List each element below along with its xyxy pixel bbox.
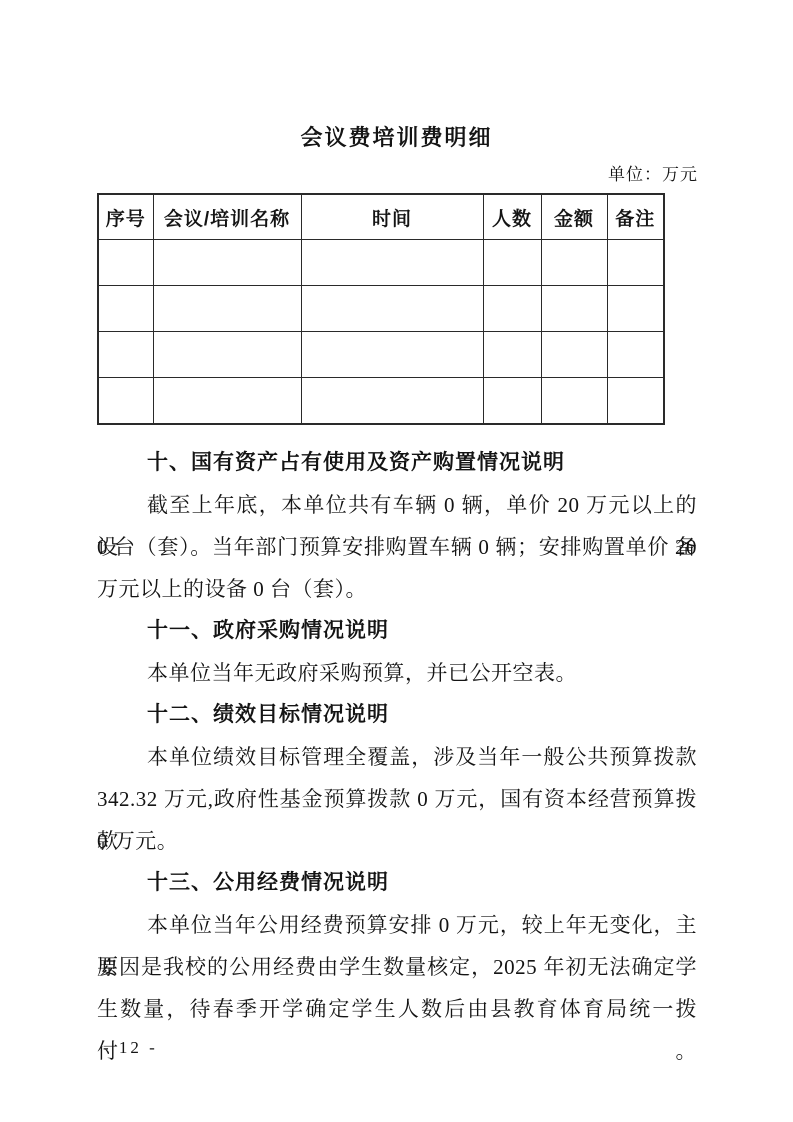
paragraph-line: 原因是我校的公用经费由学生数量核定，2025 年初无法确定学 — [97, 946, 697, 988]
document-body: 十、国有资产占有使用及资产购置情况说明 截至上年底，本单位共有车辆 0 辆，单价… — [97, 442, 697, 1030]
table-cell — [607, 240, 664, 286]
table-cell — [483, 240, 541, 286]
header-cell-people: 人数 — [483, 194, 541, 240]
table-cell — [153, 286, 301, 332]
paragraph-line: 万元以上的设备 0 台（套）。 — [97, 568, 697, 610]
table-cell — [541, 332, 607, 378]
table-row — [98, 240, 664, 286]
header-cell-name: 会议/培训名称 — [153, 194, 301, 240]
table-cell — [301, 332, 483, 378]
table-row — [98, 286, 664, 332]
document-page: 会议费培训费明细 单位：万元 序号 会议/培训名称 时间 人数 金额 备注 — [0, 0, 793, 1122]
table-row — [98, 378, 664, 425]
table-cell — [153, 332, 301, 378]
paragraph-line: 本单位绩效目标管理全覆盖，涉及当年一般公共预算拨款 — [97, 736, 697, 778]
section-heading-13: 十三、公用经费情况说明 — [97, 862, 697, 904]
header-cell-time: 时间 — [301, 194, 483, 240]
table-cell — [301, 240, 483, 286]
header-cell-serial: 序号 — [98, 194, 153, 240]
table-cell — [98, 240, 153, 286]
paragraph-line: 截至上年底，本单位共有车辆 0 辆，单价 20 万元以上的设备 — [97, 484, 697, 526]
table-cell — [607, 286, 664, 332]
header-cell-amount: 金额 — [541, 194, 607, 240]
table-cell — [98, 378, 153, 425]
table-cell — [153, 378, 301, 425]
table-cell — [98, 286, 153, 332]
table-cell — [607, 332, 664, 378]
paragraph-line: 本单位当年无政府采购预算，并已公开空表。 — [97, 652, 697, 694]
table-cell — [607, 378, 664, 425]
meeting-training-fee-table: 序号 会议/培训名称 时间 人数 金额 备注 — [97, 193, 665, 425]
section-heading-10: 十、国有资产占有使用及资产购置情况说明 — [97, 442, 697, 484]
section-heading-11: 十一、政府采购情况说明 — [97, 610, 697, 652]
paragraph-line: 生数量，待春季开学确定学生人数后由县教育体育局统一拨付。 — [97, 988, 697, 1030]
table-cell — [483, 332, 541, 378]
table-row — [98, 332, 664, 378]
table-cell — [98, 332, 153, 378]
table-cell — [301, 286, 483, 332]
table-cell — [541, 378, 607, 425]
paragraph-line: 0 万元。 — [97, 820, 697, 862]
table-cell — [153, 240, 301, 286]
section-heading-12: 十二、绩效目标情况说明 — [97, 694, 697, 736]
table-cell — [541, 240, 607, 286]
table-cell — [301, 378, 483, 425]
page-title: 会议费培训费明细 — [0, 121, 793, 152]
header-cell-remarks: 备注 — [607, 194, 664, 240]
table-header-row: 序号 会议/培训名称 时间 人数 金额 备注 — [98, 194, 664, 240]
page-number: - 12 - — [103, 1038, 158, 1058]
paragraph-line: 0 台（套）。当年部门预算安排购置车辆 0 辆；安排购置单价 20 — [97, 526, 697, 568]
paragraph-line: 342.32 万元,政府性基金预算拨款 0 万元，国有资本经营预算拨款 — [97, 778, 697, 820]
paragraph-line: 本单位当年公用经费预算安排 0 万元，较上年无变化，主要 — [97, 904, 697, 946]
table-cell — [483, 378, 541, 425]
unit-label: 单位：万元 — [97, 160, 698, 185]
table-cell — [483, 286, 541, 332]
table-cell — [541, 286, 607, 332]
